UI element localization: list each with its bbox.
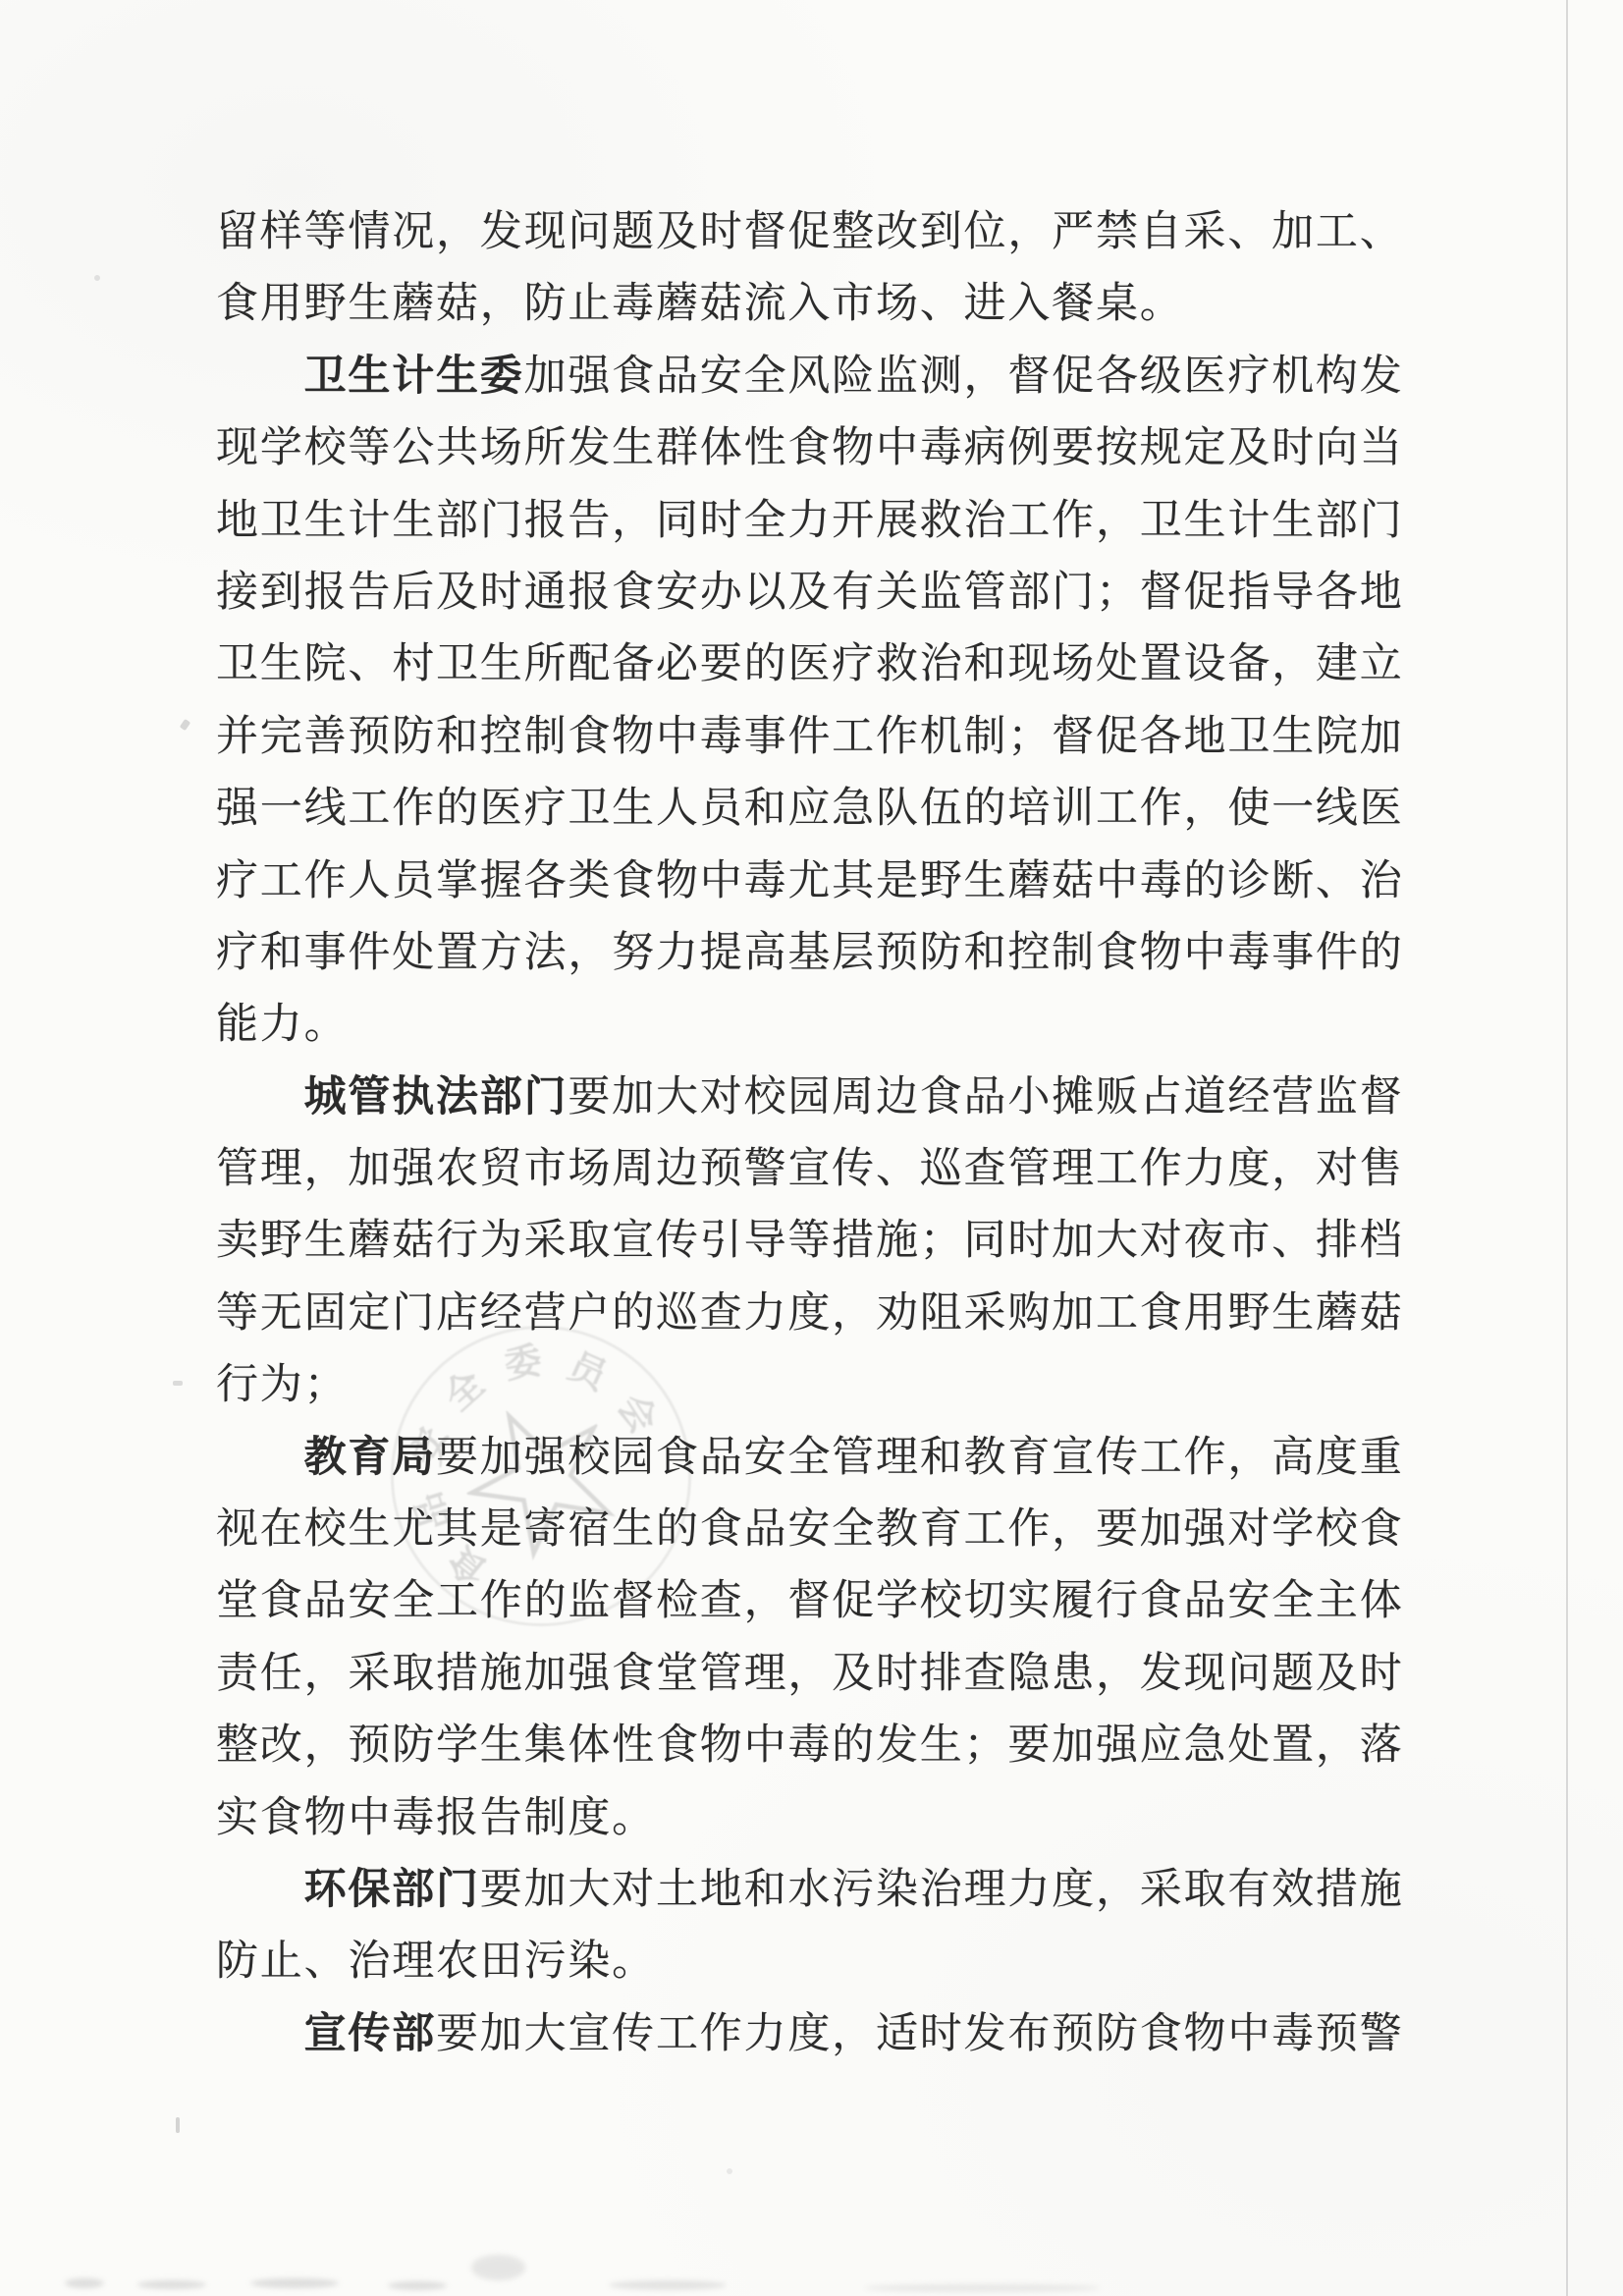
character-cell: 整 [832, 196, 876, 268]
character-cell: 传 [348, 1998, 392, 2070]
character-cell: 性 [612, 1710, 656, 1781]
character-cell: 置 [1140, 629, 1184, 700]
character-cell: 隐 [1007, 1638, 1052, 1710]
character-cell: 管 [1007, 1133, 1052, 1205]
character-cell: 风 [787, 341, 832, 412]
character-cell: 染 [876, 1854, 920, 1926]
character-cell: 宣 [304, 1998, 349, 2070]
character-cell: 共 [436, 412, 480, 484]
character-cell: 。 [612, 1926, 656, 1997]
character-cell: 力 [656, 917, 700, 989]
character-cell: 教 [304, 1422, 349, 1494]
character-cell: 农 [436, 1133, 480, 1205]
character-cell: 部 [392, 1854, 436, 1926]
character-cell: 食 [700, 1494, 744, 1565]
character-cell: 场 [568, 1133, 612, 1205]
character-cell: 品 [744, 1494, 788, 1565]
character-cell: 地 [1184, 701, 1228, 773]
character-cell: 学 [1271, 1494, 1316, 1565]
character-cell: 管 [832, 1422, 876, 1494]
character-cell: 主 [1316, 1565, 1360, 1637]
character-cell: ， [744, 1565, 788, 1637]
character-cell: 促 [787, 196, 832, 268]
character-cell: 门 [1360, 485, 1404, 557]
character-cell: 机 [920, 701, 964, 773]
character-cell: 发 [964, 1998, 1008, 2070]
character-cell: 尤 [392, 1494, 436, 1565]
text-line: 强一线工作的医疗卫生人员和应急队伍的培训工作，使一线医 [216, 773, 1404, 845]
character-cell: 院 [1316, 701, 1360, 773]
character-cell: 人 [656, 773, 700, 845]
character-cell: 保 [348, 1854, 392, 1926]
character-cell: 度 [787, 1278, 832, 1349]
text-line: 并完善预防和控制食物中毒事件工作机制；督促各地卫生院加 [216, 701, 1404, 773]
character-cell: 生 [1271, 701, 1316, 773]
character-cell: 加 [1140, 1494, 1184, 1565]
character-cell: 和 [920, 1422, 964, 1494]
character-cell: 一 [1271, 773, 1316, 845]
character-cell: 和 [436, 701, 480, 773]
character-cell: 巡 [656, 1278, 700, 1349]
character-cell: 及 [656, 196, 700, 268]
character-cell: 加 [1271, 196, 1316, 268]
character-cell: 提 [700, 917, 744, 989]
character-cell: 寄 [524, 1494, 568, 1565]
character-cell: 管 [700, 1638, 744, 1710]
character-cell: 食 [1360, 1494, 1404, 1565]
character-cell: 对 [1227, 1494, 1271, 1565]
character-cell: 要 [1096, 1494, 1140, 1565]
character-cell: 餐 [1052, 268, 1096, 340]
character-cell: 为 [260, 1349, 304, 1421]
character-cell: 品 [304, 1565, 349, 1637]
character-cell: 物 [700, 1710, 744, 1781]
character-cell: 取 [1184, 1854, 1228, 1926]
character-cell: 门 [524, 1062, 568, 1133]
character-cell: 部 [1007, 557, 1052, 629]
character-cell: 食 [260, 1782, 304, 1854]
character-cell: 要 [568, 1062, 612, 1133]
character-cell: 行 [436, 1205, 480, 1277]
character-cell: ； [304, 1349, 349, 1421]
character-cell: 加 [524, 341, 568, 412]
character-cell: 工 [1007, 485, 1052, 557]
character-cell: 全 [1271, 1565, 1316, 1637]
character-cell: 监 [568, 1565, 612, 1637]
character-cell: 营 [1271, 1062, 1316, 1133]
character-cell: 监 [876, 341, 920, 412]
character-cell: 时 [480, 557, 524, 629]
character-cell: 教 [964, 1422, 1008, 1494]
character-cell: 患 [1052, 1638, 1096, 1710]
scan-artifact [180, 719, 190, 731]
character-cell: 的 [1360, 917, 1404, 989]
character-cell: 固 [304, 1278, 349, 1349]
character-cell: 用 [260, 268, 304, 340]
character-cell: 发 [568, 412, 612, 484]
character-cell: 周 [612, 1133, 656, 1205]
text-line: 宣传部要加大宣传工作力度，适时发布预防食物中毒预警 [216, 1998, 1404, 2070]
character-cell: 门 [436, 1854, 480, 1926]
character-cell: 应 [787, 773, 832, 845]
character-cell: 食 [612, 1638, 656, 1710]
character-cell: 校 [1316, 1494, 1360, 1565]
character-cell: 警 [1360, 1998, 1404, 2070]
character-cell: 品 [656, 341, 700, 412]
character-cell: 检 [656, 1565, 700, 1637]
character-cell: 控 [1007, 917, 1052, 989]
character-cell: 理 [964, 1854, 1008, 1926]
character-cell: 品 [964, 1062, 1008, 1133]
text-line: 卖野生蘑菇行为采取宣传引导等措施；同时加大对夜市、排档 [216, 1205, 1404, 1277]
text-line: 卫生院、村卫生所配备必要的医疗救治和现场处置设备，建立 [216, 629, 1404, 700]
character-cell: 置 [1271, 1710, 1316, 1781]
character-cell: 在 [260, 1494, 304, 1565]
text-line: 堂食品安全工作的监督检查，督促学校切实履行食品安全主体 [216, 1565, 1404, 1637]
character-cell: 工 [1096, 773, 1140, 845]
character-cell: 培 [1007, 773, 1052, 845]
character-cell: 计 [348, 485, 392, 557]
character-cell: 和 [964, 629, 1008, 700]
character-cell: 安 [1227, 1565, 1271, 1637]
character-cell: 治 [920, 1854, 964, 1926]
character-cell: 农 [436, 1926, 480, 1997]
character-cell: 中 [1227, 1998, 1271, 2070]
character-cell: 安 [787, 1494, 832, 1565]
character-cell: 疗 [216, 846, 260, 917]
text-line: 教育局要加强校园食品安全管理和教育宣传工作，高度重 [216, 1422, 1404, 1494]
character-cell: 方 [480, 917, 524, 989]
character-cell: 市 [832, 268, 876, 340]
character-cell: 传 [612, 1998, 656, 2070]
character-cell: 体 [700, 412, 744, 484]
character-cell: 土 [656, 1854, 700, 1926]
character-cell: 野 [1227, 1278, 1271, 1349]
character-cell: 以 [744, 557, 788, 629]
character-cell: 中 [1184, 917, 1228, 989]
character-cell: 的 [656, 1494, 700, 1565]
character-cell: 按 [1096, 412, 1140, 484]
character-cell: 巡 [920, 1133, 964, 1205]
character-cell: 其 [436, 1494, 480, 1565]
character-cell: 查 [964, 1638, 1008, 1710]
character-cell: 防 [1096, 1998, 1140, 2070]
character-cell: 工 [1096, 1278, 1140, 1349]
character-cell: 堂 [656, 1638, 700, 1710]
character-cell: 力 [787, 485, 832, 557]
character-cell: 行 [1096, 1565, 1140, 1637]
character-cell: 生 [612, 412, 656, 484]
character-cell: 督 [1052, 701, 1096, 773]
character-cell: 严 [1052, 196, 1096, 268]
character-cell: 食 [656, 1710, 700, 1781]
character-cell: 计 [392, 341, 436, 412]
character-cell: ， [1316, 1710, 1360, 1781]
character-cell: 施 [480, 1638, 524, 1710]
character-cell: 并 [216, 701, 260, 773]
character-cell: ， [1007, 196, 1052, 268]
character-cell: 报 [524, 485, 568, 557]
character-cell: ， [1096, 485, 1140, 557]
character-cell: 售 [1360, 1133, 1404, 1205]
character-cell: 城 [304, 1062, 349, 1133]
character-cell: 题 [612, 196, 656, 268]
character-cell: 治 [1360, 846, 1404, 917]
text-line: 管理，加强农贸市场周边预警宣传、巡查管理工作力度，对售 [216, 1133, 1404, 1205]
character-cell: 野 [920, 846, 964, 917]
character-cell: 毒 [612, 268, 656, 340]
character-cell: 小 [1007, 1062, 1052, 1133]
character-cell: 其 [832, 846, 876, 917]
character-cell: ， [436, 196, 480, 268]
character-cell: 疗 [1227, 341, 1271, 412]
character-cell: 时 [1271, 412, 1316, 484]
character-cell: 、 [1316, 846, 1360, 917]
character-cell: 生 [304, 1205, 349, 1277]
character-cell: 强 [392, 1133, 436, 1205]
character-cell: 事 [304, 917, 349, 989]
character-cell: 体 [568, 1710, 612, 1781]
character-cell: 止 [260, 1926, 304, 1997]
character-cell: 加 [1052, 1710, 1096, 1781]
character-cell: 食 [1140, 1278, 1184, 1349]
character-cell: 度 [1316, 1422, 1360, 1494]
character-cell: 防 [216, 1926, 260, 1997]
character-cell: 接 [216, 557, 260, 629]
character-cell: 改 [876, 196, 920, 268]
character-cell: 发 [876, 1710, 920, 1781]
character-cell: 构 [1316, 341, 1360, 412]
character-cell: 促 [832, 1565, 876, 1637]
character-cell: 立 [1360, 629, 1404, 700]
character-cell: 食 [656, 1422, 700, 1494]
character-cell: 防 [524, 268, 568, 340]
text-line: 实食物中毒报告制度。 [216, 1782, 1404, 1854]
scan-artifact [388, 2281, 447, 2290]
character-cell: 采 [964, 1278, 1008, 1349]
character-cell: 作 [1184, 1422, 1228, 1494]
character-cell: 等 [348, 412, 392, 484]
character-cell: 适 [876, 1998, 920, 2070]
character-cell: 性 [744, 412, 788, 484]
character-cell: 管 [964, 557, 1008, 629]
character-cell: 要 [1007, 1710, 1052, 1781]
character-cell: 备 [612, 629, 656, 700]
character-cell: 是 [876, 846, 920, 917]
character-cell: 。 [1140, 268, 1184, 340]
character-cell: 制 [964, 701, 1008, 773]
character-cell: 告 [568, 485, 612, 557]
character-cell: 排 [920, 1638, 964, 1710]
character-cell: 强 [568, 1638, 612, 1710]
character-cell: 安 [700, 341, 744, 412]
character-cell: 地 [1360, 557, 1404, 629]
character-cell: 场 [1052, 629, 1096, 700]
character-cell: 问 [1227, 1638, 1271, 1710]
character-cell: 生 [612, 773, 656, 845]
character-cell: 毒 [1227, 917, 1271, 989]
scanned-page: 食品安全委员会 留样等情况，发现问题及时督促整改到位，严禁自采、加工、食用野生蘑… [0, 0, 1623, 2296]
character-cell: 。 [612, 1782, 656, 1854]
character-cell: 的 [1184, 846, 1228, 917]
character-cell: 食 [612, 341, 656, 412]
character-cell: 生 [1184, 485, 1228, 557]
scan-artifact [609, 2280, 727, 2290]
character-cell: 品 [1184, 1565, 1228, 1637]
character-cell: 计 [1227, 485, 1271, 557]
text-line: 城管执法部门要加大对校园周边食品小摊贩占道经营监督 [216, 1062, 1404, 1133]
character-cell: 工 [436, 1565, 480, 1637]
character-cell: 院 [304, 629, 349, 700]
character-cell: ， [304, 1710, 349, 1781]
character-cell: 加 [612, 1062, 656, 1133]
document-body: 留样等情况，发现问题及时督促整改到位，严禁自采、加工、食用野生蘑菇，防止毒蘑菇流… [216, 196, 1404, 2070]
character-cell: 预 [348, 1710, 392, 1781]
character-cell: 同 [964, 1205, 1008, 1277]
character-cell: 力 [744, 1278, 788, 1349]
character-cell: 警 [744, 1133, 788, 1205]
character-cell: 线 [304, 773, 349, 845]
character-cell: 卫 [1227, 701, 1271, 773]
page-edge-line [1566, 0, 1568, 2296]
character-cell: 群 [656, 412, 700, 484]
character-cell: 救 [876, 629, 920, 700]
character-cell: 事 [1271, 917, 1316, 989]
character-cell: 中 [348, 1782, 392, 1854]
character-cell: 各 [1096, 341, 1140, 412]
character-cell: 制 [524, 1782, 568, 1854]
character-cell: 食 [1096, 917, 1140, 989]
character-cell: 展 [876, 485, 920, 557]
character-cell: ， [832, 1278, 876, 1349]
character-cell: 采 [1184, 196, 1228, 268]
character-cell: 位 [964, 196, 1008, 268]
character-cell: ， [964, 341, 1008, 412]
character-cell: 宿 [568, 1494, 612, 1565]
character-cell: 查 [964, 1133, 1008, 1205]
character-cell: 题 [1271, 1638, 1316, 1710]
character-cell: 制 [524, 701, 568, 773]
character-cell: 效 [1271, 1854, 1316, 1926]
character-cell: 到 [920, 196, 964, 268]
character-cell: 中 [876, 412, 920, 484]
character-cell: 报 [436, 1782, 480, 1854]
character-cell: 掌 [436, 846, 480, 917]
character-cell: 宣 [568, 1998, 612, 2070]
character-cell: ， [832, 1998, 876, 2070]
character-cell: 劝 [876, 1278, 920, 1349]
text-line: 留样等情况，发现问题及时督促整改到位，严禁自采、加工、 [216, 196, 1404, 268]
character-cell: 履 [1052, 1565, 1096, 1637]
character-cell: 法 [436, 1062, 480, 1133]
character-cell: 卫 [568, 773, 612, 845]
character-cell: 设 [1184, 629, 1228, 700]
character-cell: 大 [524, 1998, 568, 2070]
character-cell: 卫 [216, 629, 260, 700]
character-cell: 作 [1140, 1133, 1184, 1205]
character-cell: 毒 [1271, 1998, 1316, 2070]
character-cell: 各 [1140, 701, 1184, 773]
character-cell: 大 [1096, 1205, 1140, 1277]
character-cell: 传 [656, 1205, 700, 1277]
character-cell: 等 [216, 1278, 260, 1349]
character-cell: 传 [832, 1133, 876, 1205]
character-cell: 加 [348, 1133, 392, 1205]
character-cell: 的 [612, 1278, 656, 1349]
character-cell: 、 [920, 268, 964, 340]
character-cell: 和 [964, 917, 1008, 989]
character-cell: 大 [656, 1062, 700, 1133]
character-cell: 全 [392, 1565, 436, 1637]
character-cell: 占 [1140, 1062, 1184, 1133]
character-cell: 全 [832, 1494, 876, 1565]
character-cell: 卫 [436, 629, 480, 700]
character-cell: 园 [612, 1422, 656, 1494]
character-cell: ， [1096, 1638, 1140, 1710]
scan-artifact [137, 2280, 206, 2289]
character-cell: 处 [1096, 629, 1140, 700]
character-cell: 工 [348, 773, 392, 845]
character-cell: 现 [524, 196, 568, 268]
character-cell: 落 [1360, 1710, 1404, 1781]
character-cell: 流 [744, 268, 788, 340]
character-cell: 的 [524, 1565, 568, 1637]
character-cell: 卫 [304, 341, 349, 412]
character-cell: 大 [568, 1854, 612, 1926]
character-cell: 控 [480, 701, 524, 773]
character-cell: 报 [568, 557, 612, 629]
character-cell: ， [1227, 1422, 1271, 1494]
character-cell: 对 [700, 1062, 744, 1133]
character-cell: 当 [1360, 412, 1404, 484]
character-cell: 染 [568, 1926, 612, 1997]
character-cell: 握 [480, 846, 524, 917]
character-cell: 污 [524, 1926, 568, 1997]
character-cell: 级 [1140, 341, 1184, 412]
character-cell: 生 [1271, 485, 1316, 557]
character-cell: 食 [216, 268, 260, 340]
character-cell: 各 [524, 846, 568, 917]
character-cell: 导 [1271, 557, 1316, 629]
character-cell: 应 [1140, 1710, 1184, 1781]
character-cell: 采 [348, 1638, 392, 1710]
character-cell: 测 [920, 341, 964, 412]
character-cell: 同 [656, 485, 700, 557]
character-cell: 中 [700, 846, 744, 917]
character-cell: 生 [348, 1494, 392, 1565]
character-cell: ， [304, 1133, 349, 1205]
character-cell: 经 [1227, 1062, 1271, 1133]
character-cell: 强 [568, 341, 612, 412]
character-cell: 校 [304, 412, 349, 484]
character-cell: 基 [787, 917, 832, 989]
character-cell: 现 [1007, 629, 1052, 700]
character-cell: 生 [260, 629, 304, 700]
character-cell: 法 [524, 917, 568, 989]
character-cell: 医 [480, 773, 524, 845]
character-cell: 查 [700, 1278, 744, 1349]
character-cell: 视 [216, 1494, 260, 1565]
character-cell: 物 [304, 1782, 349, 1854]
character-cell: 学 [260, 412, 304, 484]
character-cell: 工 [1096, 1133, 1140, 1205]
character-cell: 机 [1271, 341, 1316, 412]
character-cell: 发 [1140, 1638, 1184, 1710]
scan-artifact [864, 2284, 1100, 2292]
character-cell: 用 [1184, 1278, 1228, 1349]
character-cell: 促 [1052, 341, 1096, 412]
character-cell: 理 [392, 1926, 436, 1997]
